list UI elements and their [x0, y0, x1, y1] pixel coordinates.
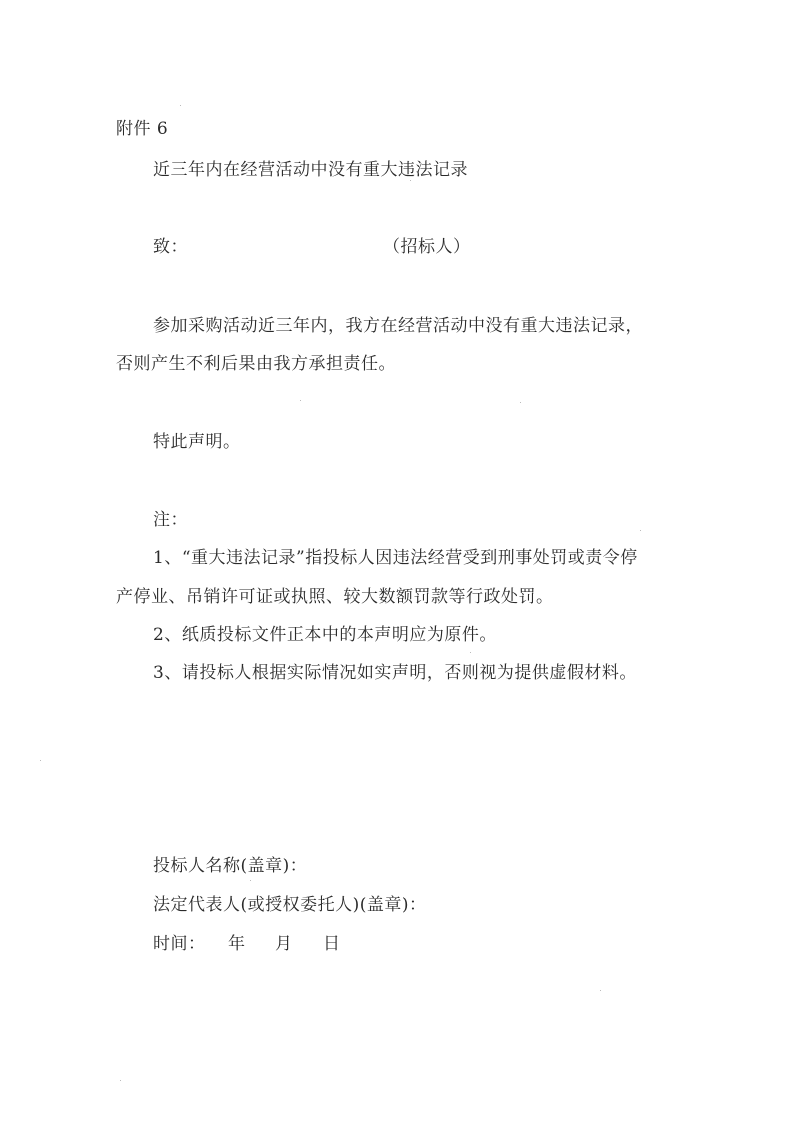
- note-1-line-2: 产停业、吊销许可证或执照、较大数额罚款等行政处罚。: [116, 587, 554, 607]
- scan-speck: [410, 180, 411, 181]
- legal-rep-label: 法定代表人(或授权委托人)(盖章)：: [153, 895, 427, 915]
- scan-speck: [600, 990, 601, 991]
- scan-speck: [250, 880, 251, 881]
- note-2: 2、纸质投标文件正本中的本声明应为原件。: [153, 625, 497, 645]
- body-line-2: 否则产生不利后果由我方承担责任。: [116, 354, 396, 374]
- attachment-label: 附件 6: [116, 119, 168, 139]
- note-3: 3、请投标人根据实际情况如实声明，否则视为提供虚假材料。: [153, 663, 637, 683]
- date-year: 年: [228, 934, 246, 954]
- notes-heading: 注：: [153, 510, 188, 530]
- bidder-name-label: 投标人名称(盖章)：: [153, 856, 307, 876]
- scan-speck: [520, 402, 521, 403]
- scan-speck: [300, 400, 301, 401]
- declaration: 特此声明。: [153, 432, 241, 452]
- scan-speck: [40, 760, 41, 761]
- scan-speck: [120, 1080, 121, 1081]
- note-1-line-1: 1、“重大违法记录”指投标人因违法经营受到刑事处罚或责令停: [153, 548, 638, 568]
- date-day: 日: [323, 934, 341, 954]
- document-title: 近三年内在经营活动中没有重大违法记录: [153, 160, 468, 180]
- scan-speck: [180, 105, 181, 106]
- addressee-prefix: 致：: [153, 237, 188, 257]
- scan-speck: [640, 530, 641, 531]
- scan-speck: [470, 652, 471, 653]
- addressee-recipient: （招标人）: [383, 237, 471, 257]
- body-line-1: 参加采购活动近三年内，我方在经营活动中没有重大违法记录，: [153, 316, 643, 336]
- date-label: 时间：: [153, 934, 206, 954]
- date-month: 月: [275, 934, 293, 954]
